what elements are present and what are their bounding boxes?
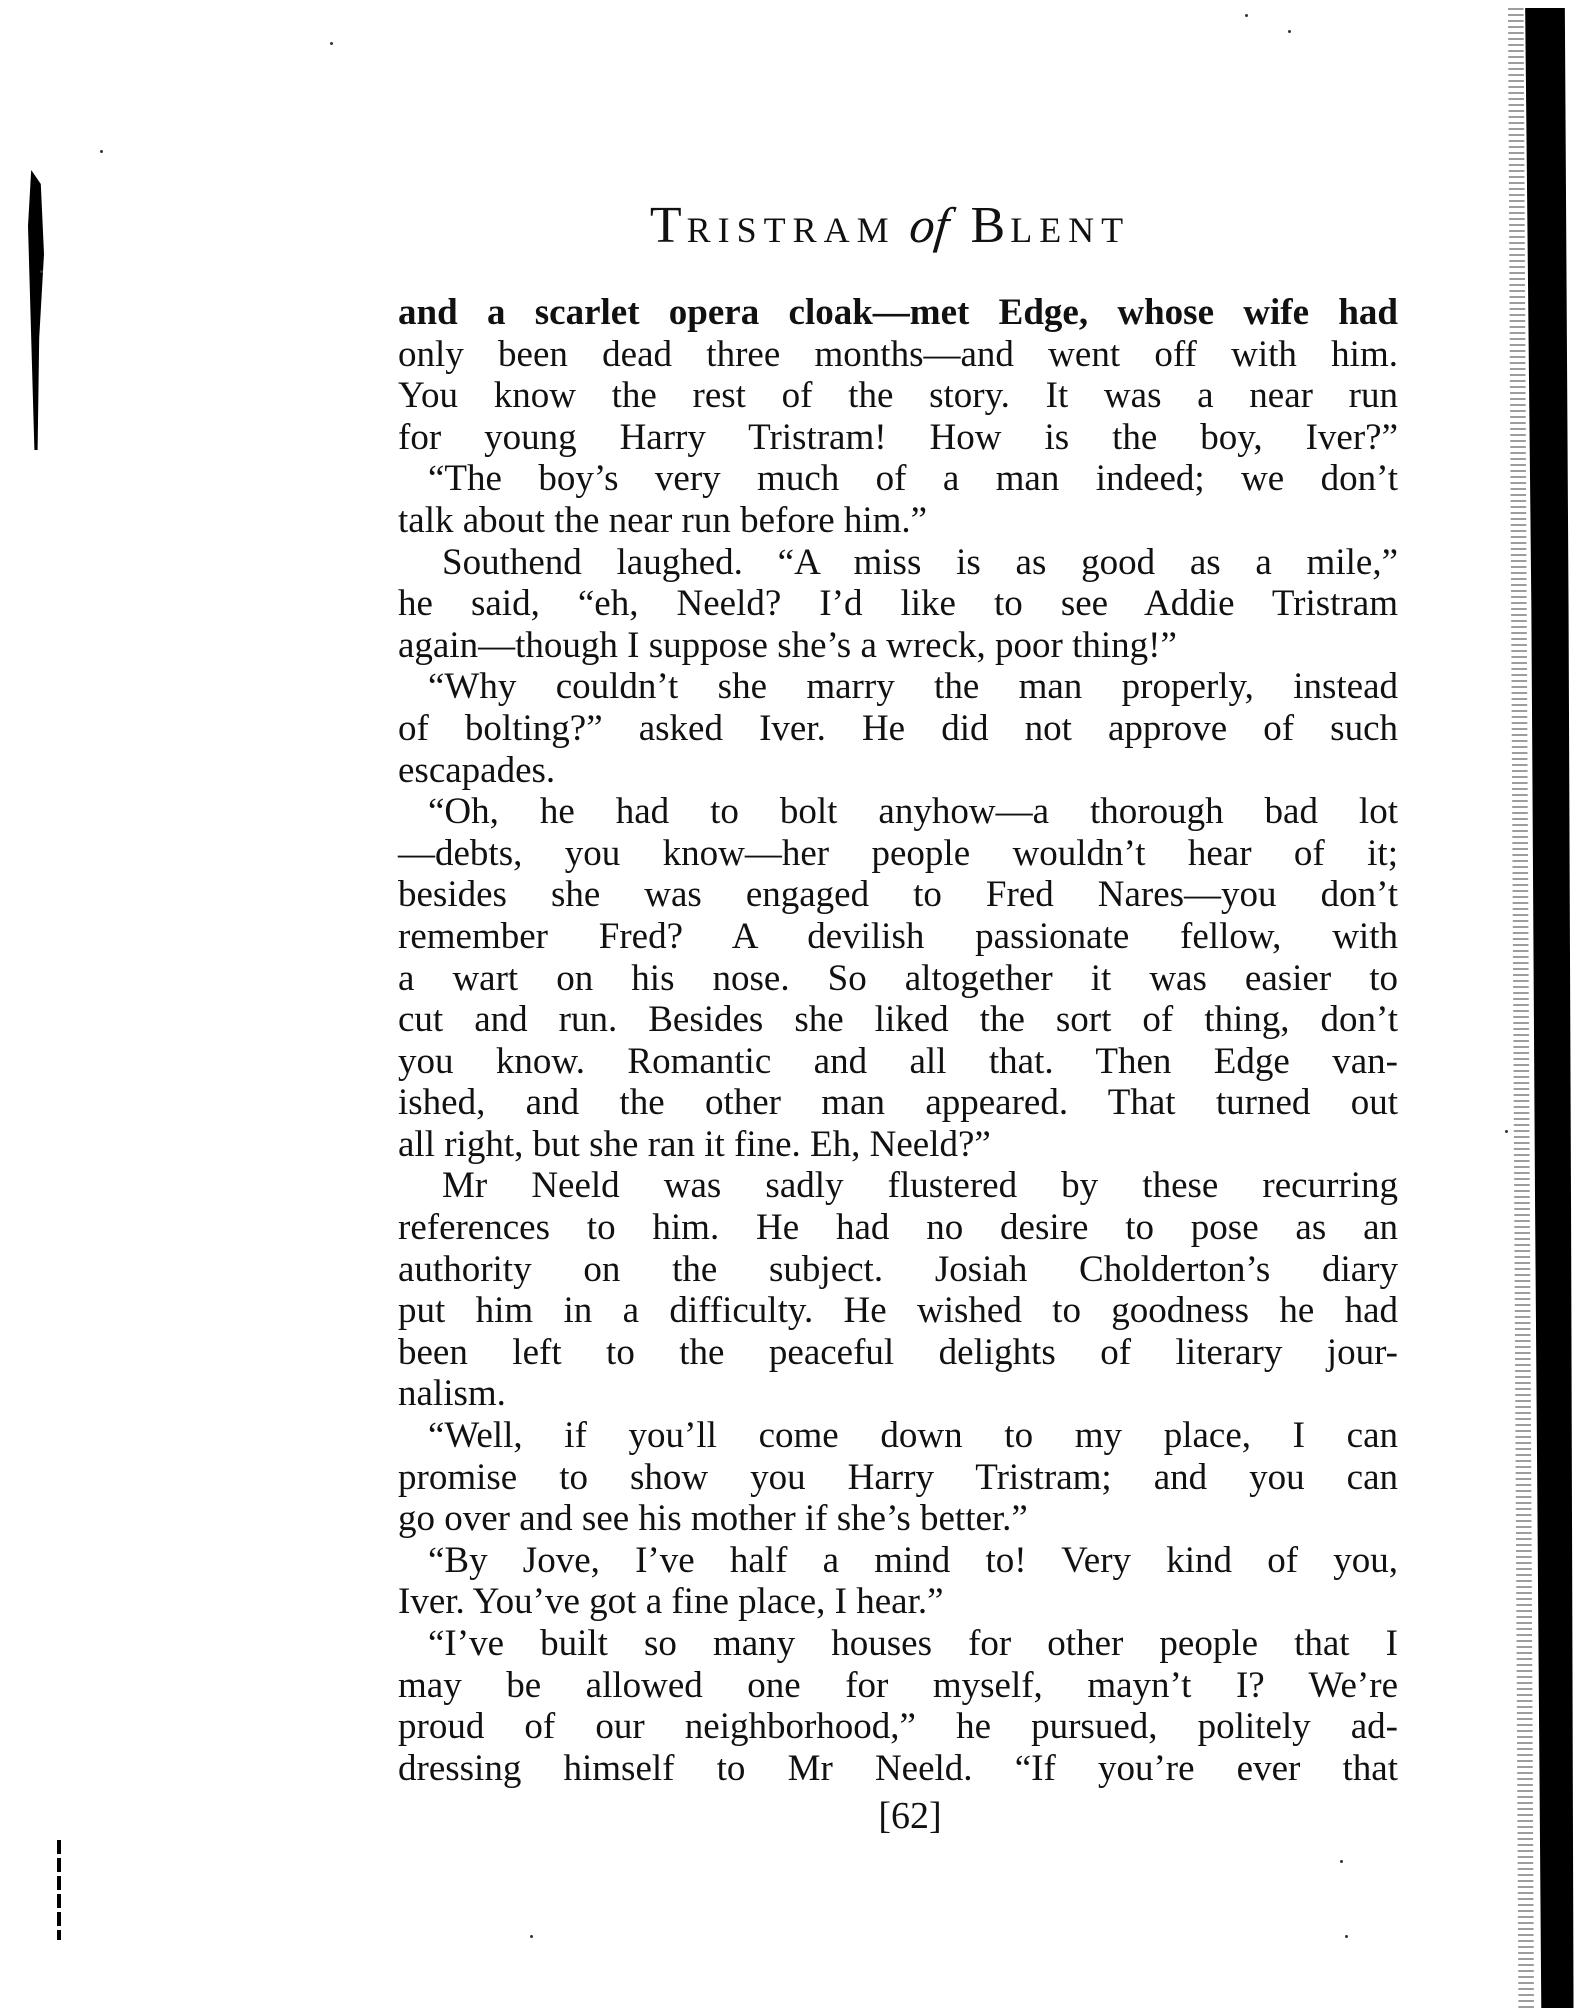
text-line: “I’ve built so many houses for other peo… (398, 1623, 1398, 1665)
text-line: nalism. (398, 1373, 1398, 1415)
running-head-initial-1: T (650, 197, 687, 254)
scan-speck (1245, 14, 1248, 17)
text-line: again—though I suppose she’s a wreck, po… (398, 625, 1398, 667)
scan-speck (1505, 1130, 1508, 1133)
body-text: and a scarlet opera cloak—met Edge, whos… (398, 292, 1398, 1789)
running-head-initial-2: B (971, 197, 1011, 254)
text-line: “Oh, he had to bolt anyhow—a thorough ba… (398, 791, 1398, 833)
scan-speck (1340, 1860, 1343, 1863)
text-line: remember Fred? A devilish passionate fel… (398, 916, 1398, 958)
text-line: been left to the peaceful delights of li… (398, 1332, 1398, 1374)
text-line: may be allowed one for myself, mayn’t I?… (398, 1665, 1398, 1707)
text-line: of bolting?” asked Iver. He did not appr… (398, 708, 1398, 750)
scan-binding-shadow-left (28, 170, 44, 450)
text-line: go over and see his mother if she’s bett… (398, 1498, 1398, 1540)
text-line: and a scarlet opera cloak—met Edge, whos… (398, 292, 1398, 334)
text-line: —debts, you know—her people wouldn’t hea… (398, 833, 1398, 875)
text-line: “Well, if you’ll come down to my place, … (398, 1415, 1398, 1457)
text-line: a wart on his nose. So altogether it was… (398, 958, 1398, 1000)
scan-speck (100, 150, 103, 153)
text-line: dressing himself to Mr Neeld. “If you’re… (398, 1748, 1398, 1790)
scanned-book-page: TristramofBlent and a scarlet opera cloa… (0, 0, 1586, 2008)
text-line: ished, and the other man appeared. That … (398, 1082, 1398, 1124)
text-line: Iver. You’ve got a fine place, I hear.” (398, 1581, 1398, 1623)
text-line: “Why couldn’t she marry the man properly… (398, 666, 1398, 708)
running-head-word-2: lent (1010, 210, 1130, 250)
text-line: besides she was engaged to Fred Nares—yo… (398, 874, 1398, 916)
scan-speck (40, 270, 43, 273)
running-head-word-1: ristram (687, 210, 896, 250)
text-line: put him in a difficulty. He wished to go… (398, 1290, 1398, 1332)
scan-speck (1345, 1935, 1348, 1938)
text-line: references to him. He had no desire to p… (398, 1207, 1398, 1249)
text-line: for young Harry Tristram! How is the boy… (398, 417, 1398, 459)
text-line: only been dead three months—and went off… (398, 334, 1398, 376)
page-number: [62] (860, 1794, 960, 1838)
scan-speck (530, 1935, 533, 1938)
scan-speck (1288, 30, 1291, 33)
text-line: authority on the subject. Josiah Cholder… (398, 1249, 1398, 1291)
text-line: he said, “eh, Neeld? I’d like to see Add… (398, 583, 1398, 625)
scan-speck (330, 42, 333, 45)
text-line: Southend laughed. “A miss is as good as … (398, 542, 1398, 584)
scan-margin-mark-bottom-left (57, 1840, 61, 1940)
text-line: promise to show you Harry Tristram; and … (398, 1457, 1398, 1499)
text-line: escapades. (398, 750, 1398, 792)
text-line: you know. Romantic and all that. Then Ed… (398, 1041, 1398, 1083)
text-line: Mr Neeld was sadly flustered by these re… (398, 1165, 1398, 1207)
running-head-connector: of (907, 196, 952, 254)
text-line: talk about the near run before him.” (398, 500, 1398, 542)
running-head: TristramofBlent (560, 196, 1220, 266)
text-line: “The boy’s very much of a man indeed; we… (398, 458, 1398, 500)
text-line: “By Jove, I’ve half a mind to! Very kind… (398, 1540, 1398, 1582)
text-line: cut and run. Besides she liked the sort … (398, 999, 1398, 1041)
text-line: proud of our neighborhood,” he pursued, … (398, 1706, 1398, 1748)
text-line: all right, but she ran it fine. Eh, Neel… (398, 1124, 1398, 1166)
text-line: You know the rest of the story. It was a… (398, 375, 1398, 417)
